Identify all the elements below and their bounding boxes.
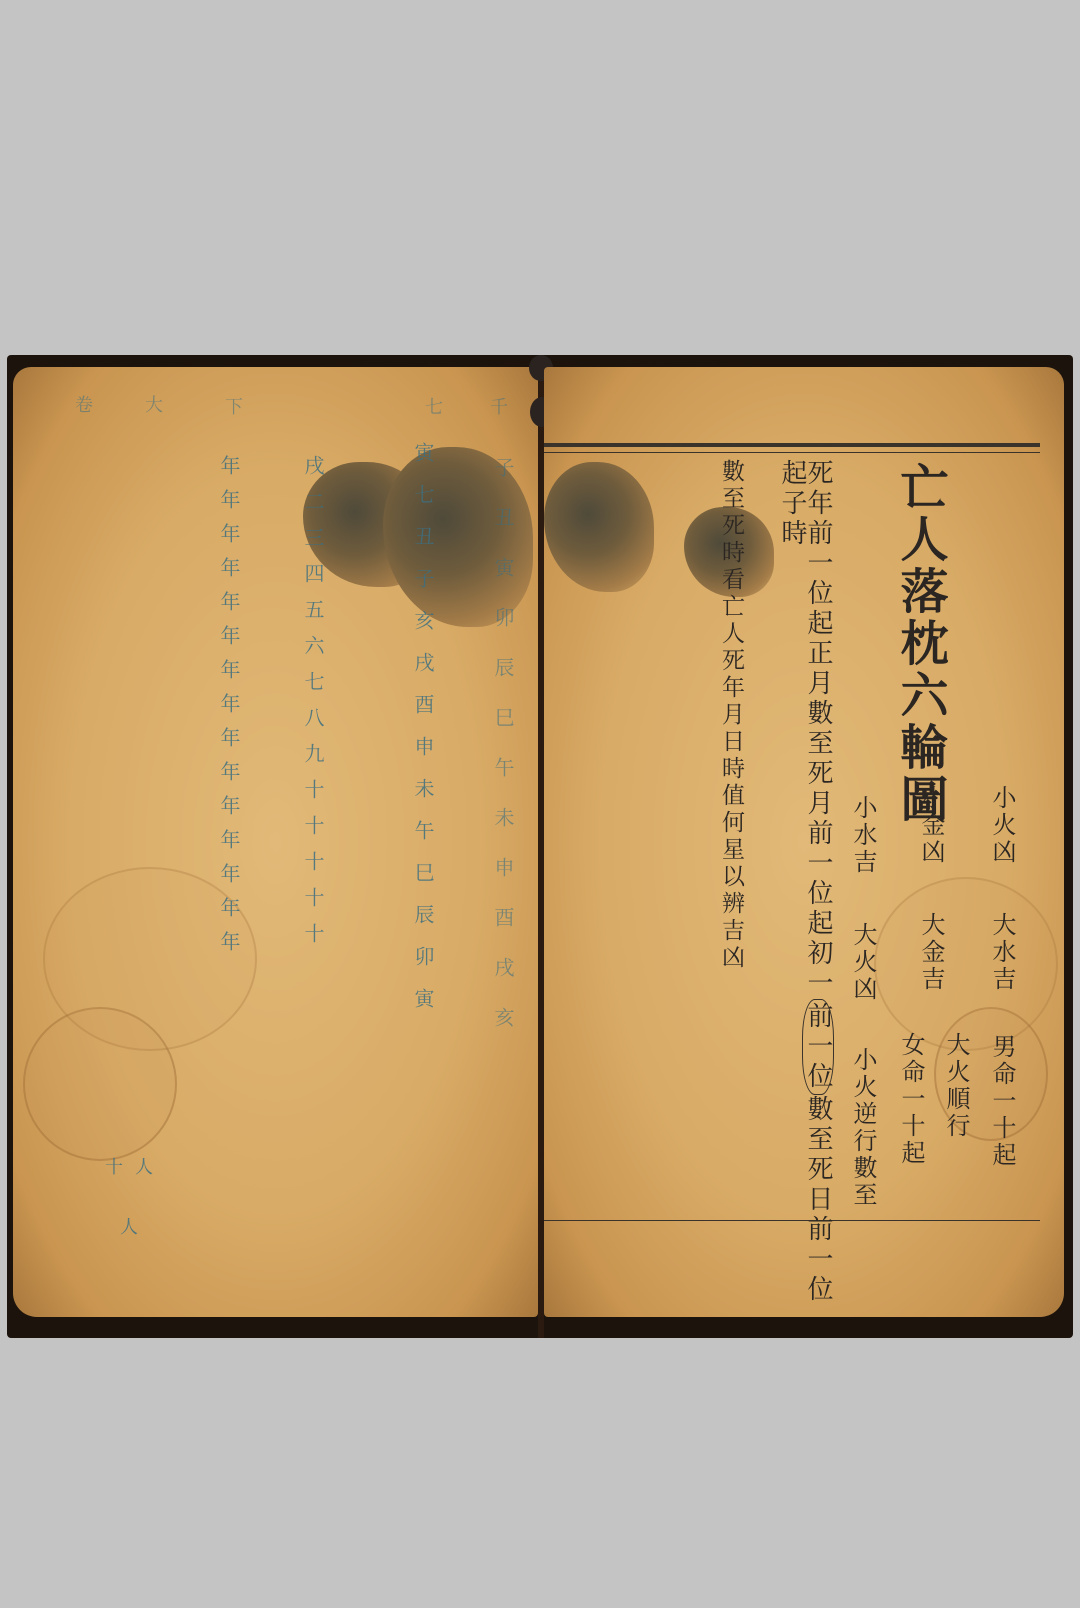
rule-text: 男命一十起 xyxy=(990,1034,1014,1169)
wheel-label: 大金吉 xyxy=(919,912,943,993)
instruction-line-1: 死年前一位起正月數至死月前一位起初一前一位數至死日前一位起子時 xyxy=(779,459,831,1317)
rule-text: 女命一十起 xyxy=(899,1032,923,1167)
annotation-column: 寅七丑子亥戌酉申未午巳辰卯寅 xyxy=(413,442,433,1030)
wheel-label: 小金凶 xyxy=(919,785,943,866)
wheel-label: 小水吉 xyxy=(851,795,875,876)
left-page: 卷 大 下 七 千 年年年年年年年年年年年年年年年 戌二三四五六七八九十十十十十… xyxy=(13,367,538,1317)
water-stain xyxy=(874,877,1058,1051)
top-mark: 卷 xyxy=(73,395,91,453)
annotation-column: 戌二三四五六七八九十十十十十 xyxy=(303,455,323,959)
top-mark: 千 xyxy=(488,397,506,429)
top-border-thin xyxy=(544,452,1040,453)
wheel-label: 小火凶 xyxy=(990,785,1014,866)
bottom-mark: 人 xyxy=(133,1157,151,1189)
circled-phrase: 前一位 xyxy=(802,999,834,1095)
rule-text: 小火逆行數至 xyxy=(851,1047,875,1209)
right-page: 亡人落枕六輪圖 小火凶 小金凶 小水吉 大水吉 大金吉 大火凶 男命一十起 大火… xyxy=(544,367,1064,1317)
top-border-thick xyxy=(544,443,1040,447)
bottom-mark: 人 xyxy=(118,1217,136,1249)
bottom-mark: 十 xyxy=(103,1157,121,1189)
instruction-line-2: 數至死時看亡人死年月日時值何星以辨吉凶 xyxy=(719,459,742,972)
top-mark: 大 xyxy=(143,395,161,427)
annotation-column: 年年年年年年年年年年年年年年年 xyxy=(219,455,239,965)
top-mark: 下 xyxy=(223,397,241,429)
top-mark: 七 xyxy=(423,397,441,429)
book-spread: 卷 大 下 七 千 年年年年年年年年年年年年年年年 戌二三四五六七八九十十十十十… xyxy=(7,355,1073,1338)
annotation-column: 子丑寅卯辰巳午未申酉戌亥 xyxy=(493,457,513,1057)
rule-text: 大火順行 xyxy=(944,1032,968,1140)
mold-stain xyxy=(544,462,654,592)
wheel-label: 大水吉 xyxy=(990,912,1014,993)
wheel-label: 大火凶 xyxy=(851,922,875,1003)
page-title: 亡人落枕六輪圖 xyxy=(896,462,944,826)
